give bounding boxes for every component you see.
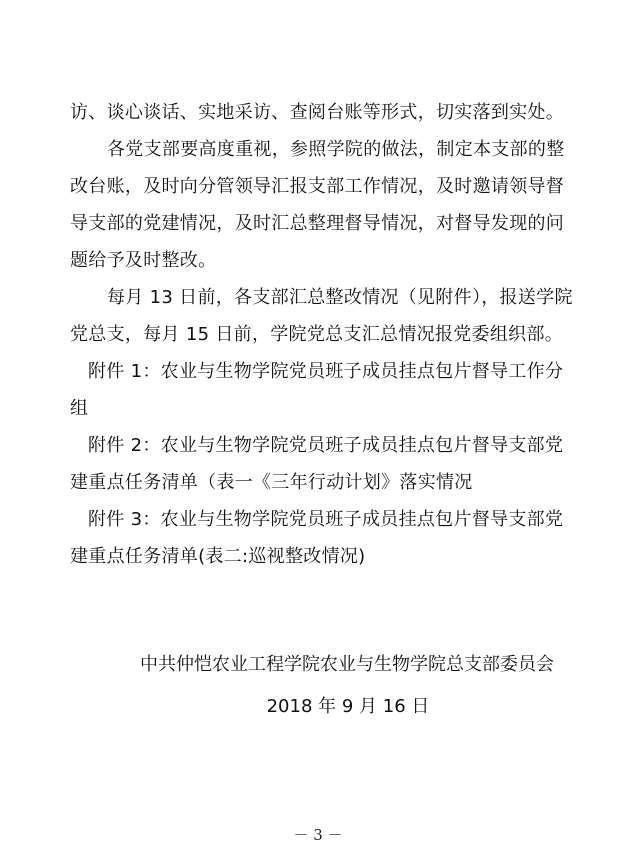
attachment-1: 附件 1：农业与生物学院党员班子成员挂点包片督导工作分组 — [70, 353, 574, 427]
paragraph-monthly-report: 每月 13 日前，各支部汇总整改情况（见附件），报送学院党总支，每月 15 日前… — [70, 279, 574, 353]
page-number: － 3 － — [0, 824, 636, 845]
paragraph-rectification-ledger: 各党支部要高度重视，参照学院的做法，制定本支部的整改台账，及时向分管领导汇报支部… — [70, 131, 574, 279]
document-page: 访、谈心谈话、实地采访、查阅台账等形式，切实落到实处。 各党支部要高度重视，参照… — [0, 0, 636, 848]
signature-organization: 中共仲恺农业工程学院农业与生物学院总支部委员会 — [140, 650, 600, 676]
paragraph-continuation: 访、谈心谈话、实地采访、查阅台账等形式，切实落到实处。 — [70, 94, 574, 131]
attachment-2: 附件 2：农业与生物学院党员班子成员挂点包片督导支部党建重点任务清单（表一《三年… — [70, 427, 574, 501]
signature-date: 2018 年 9 月 16 日 — [0, 692, 636, 718]
attachment-3: 附件 3：农业与生物学院党员班子成员挂点包片督导支部党建重点任务清单(表二:巡视… — [70, 501, 574, 575]
document-body: 访、谈心谈话、实地采访、查阅台账等形式，切实落到实处。 各党支部要高度重视，参照… — [70, 94, 574, 575]
